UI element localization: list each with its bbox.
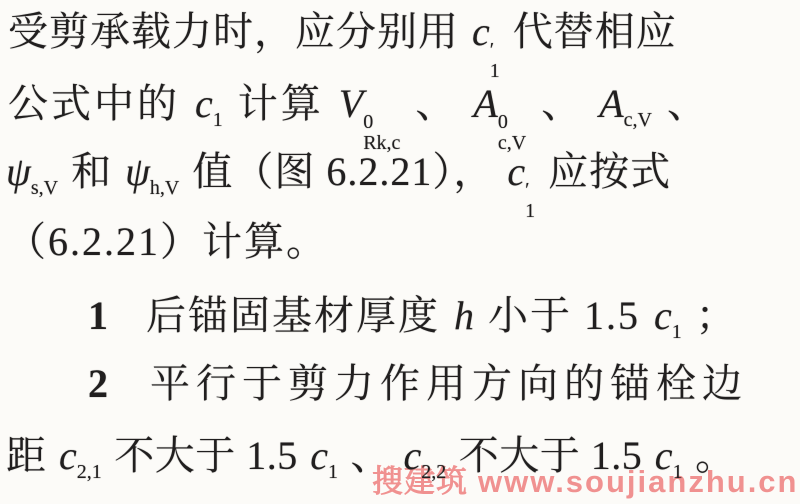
var-V0-Rkc: V0Rk,c	[339, 81, 401, 126]
text-line-3: ψs,V 和 ψh,V 值（图 6.2.21）， c′1 应按式	[4, 146, 800, 222]
var-h: h	[454, 293, 474, 338]
text-line-5-item-1: 1 后锚固基材厚度 h 小于 1.5 c1 ；	[88, 290, 800, 345]
var-c22: c2,2	[404, 433, 447, 478]
line3-text-3: 应按式	[548, 149, 671, 194]
var-c1-prime: c′1	[472, 9, 500, 54]
var-c21: c2,1	[59, 433, 102, 478]
var-c1: c1	[195, 81, 223, 126]
line6-text: 平行于剪力作用方向的锚栓边	[150, 361, 748, 406]
scanned-document-page: 受剪承载力时，应分别用 c′1 代替相应 公式中的 c1 计算 V0Rk,c 、…	[0, 0, 800, 504]
line7-sep: 、	[351, 433, 392, 478]
line7-period: 。	[695, 433, 736, 478]
line3-text: 和	[71, 149, 112, 194]
text-line-1: 受剪承载力时，应分别用 c′1 代替相应	[8, 6, 800, 82]
text-line-2: 公式中的 c1 计算 V0Rk,c 、 A0c,V 、 Ac,V 、	[8, 78, 800, 154]
line4-text: （6.2.21）计算。	[6, 219, 328, 264]
line7-text-3: 不大于 1.5	[459, 433, 643, 478]
line3-text-2: 值（图 6.2.21），	[192, 149, 494, 194]
var-c1-2: c1	[654, 293, 682, 338]
line2-sep-1: 、	[415, 81, 458, 126]
line2-sep-3: 、	[667, 81, 710, 126]
text-line-6-item-2: 2 平行于剪力作用方向的锚栓边	[88, 358, 800, 410]
var-psi-sV: ψs,V	[6, 149, 58, 194]
var-psi-hV: ψh,V	[125, 149, 179, 194]
line2-text-2: 计算	[238, 81, 324, 126]
text-line-4: （6.2.21）计算。	[6, 216, 800, 268]
item-number-1: 1	[88, 293, 108, 338]
line2-sep-2: 、	[541, 81, 584, 126]
var-c1-4: c1	[655, 433, 683, 478]
line5-text-2: 小于 1.5	[488, 293, 640, 338]
line7-text-2: 不大于 1.5	[114, 433, 298, 478]
line5-semicolon: ；	[696, 293, 738, 338]
var-c1-3: c1	[310, 433, 338, 478]
var-A0-cV: A0c,V	[473, 81, 526, 126]
line7-text: 距	[6, 433, 47, 478]
item-number-2: 2	[88, 361, 108, 406]
var-c1-prime-2: c′1	[507, 149, 535, 194]
line2-text: 公式中的	[8, 81, 180, 126]
line1-text: 受剪承载力时，应分别用	[8, 9, 459, 54]
text-line-7: 距 c2,1 不大于 1.5 c1 、 c2,2 不大于 1.5 c1 。	[6, 430, 800, 485]
line5-text: 后锚固基材厚度	[146, 293, 440, 338]
var-A-cV: Ac,V	[599, 81, 652, 126]
line1-text-2: 代替相应	[513, 9, 677, 54]
